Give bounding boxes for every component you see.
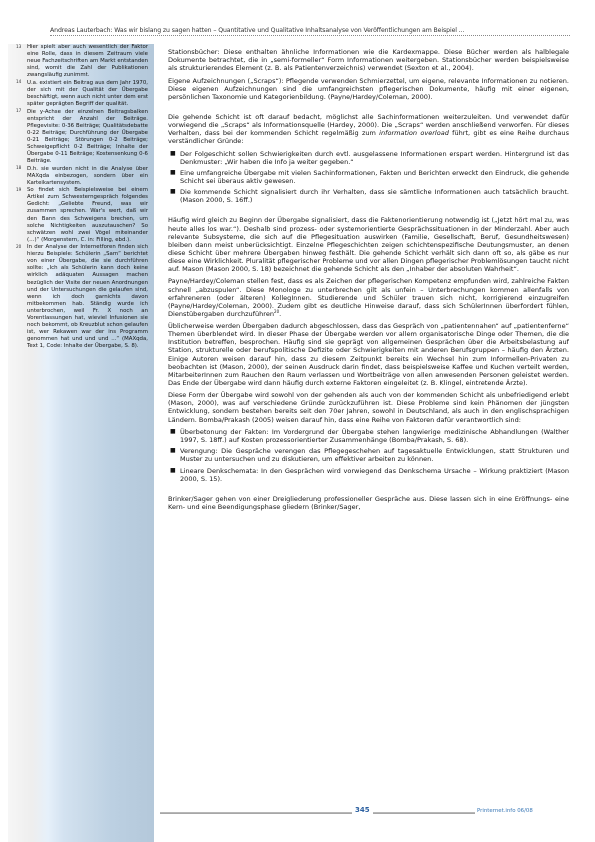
paragraph-gehende-schicht: Die gehende Schicht ist oft darauf bedac… [168, 113, 569, 145]
footnotes-sidebar: 13 Hier spielt aber auch wesentlich der … [16, 44, 148, 351]
footnote-text: Hier spielt aber auch wesentlich der Fak… [27, 44, 148, 78]
list-item: ■Eine umfangreiche Übergabe mit vielen S… [168, 169, 569, 185]
footnote: 13 Hier spielt aber auch wesentlich der … [16, 44, 148, 79]
footnote: 18 D.h. sie wurden nicht in die Analyse … [16, 166, 148, 187]
footnote-text: U.a. existiert ein Beitrag aus dem Jahr … [27, 80, 148, 107]
bullet-icon: ■ [170, 428, 176, 436]
bullet-icon: ■ [170, 188, 176, 196]
bullet-icon: ■ [170, 150, 176, 158]
footnote: 17 Die y-Achse der einzelnen Beitragsbal… [16, 109, 148, 165]
footnote-text: In der Analyse der Internetforen finden … [27, 244, 148, 349]
paragraph-stationsbuecher: Stationsbücher: Diese enthalten ähnliche… [168, 48, 569, 72]
factors-list: ■Überbetonung der Fakten: Im Vordergrund… [168, 428, 569, 483]
footnote-number: 17 [16, 107, 21, 114]
paragraph-abschluss: Üblicherweise werden Übergaben dadurch a… [168, 322, 569, 387]
page-number: 345 [352, 806, 373, 814]
paragraph-payne-hardey: Payne/Hardey/Coleman stellen fest, dass … [168, 277, 569, 317]
journal-name: Printernet.info 06/08 [475, 808, 535, 814]
main-body-text: Stationsbücher: Diese enthalten ähnliche… [168, 48, 569, 515]
footnote: 14 U.a. existiert ein Beitrag aus dem Ja… [16, 80, 148, 108]
footnote: 19 So findet sich Beispielsweise bei ein… [16, 187, 148, 243]
paragraph-brinker-sager: Brinker/Sager gehen von einer Dreigliede… [168, 495, 569, 511]
footnote-text: Die y-Achse der einzelnen Beitragsbalken… [27, 109, 148, 164]
footnote-text: D.h. sie wurden nicht in die Analyse übe… [27, 166, 148, 186]
footnote: 20 In der Analyse der Internetforen find… [16, 244, 148, 350]
paragraph-unbefriedigend: Diese Form der Übergabe wird sowohl von … [168, 391, 569, 423]
footnote-text: So findet sich Beispielsweise bei einem … [27, 187, 148, 242]
reasons-list: ■Der Folgeschicht sollen Schwierigkeiten… [168, 150, 569, 205]
list-item: ■Die kommende Schicht signalisiert durch… [168, 188, 569, 204]
bullet-icon: ■ [170, 169, 176, 177]
running-header: Andreas Lauterbach: Was wir bislang zu s… [50, 27, 570, 36]
footnote-number: 20 [16, 243, 21, 250]
bullet-icon: ■ [170, 447, 176, 455]
footnote-number: 14 [16, 78, 21, 85]
bullet-icon: ■ [170, 467, 176, 475]
footnote-number: 13 [16, 43, 21, 50]
footer-divider [160, 812, 490, 814]
paragraph-faktenorientierung: Häufig wird gleich zu Beginn der Übergab… [168, 216, 569, 273]
list-item: ■Verengung: Die Gespräche verengen das P… [168, 447, 569, 463]
list-item: ■Lineare Denkschemata: In den Gesprächen… [168, 467, 569, 483]
footnote-number: 18 [16, 164, 21, 171]
list-item: ■Der Folgeschicht sollen Schwierigkeiten… [168, 150, 569, 166]
footnote-number: 19 [16, 186, 21, 193]
paragraph-scraps: Eigene Aufzeichnungen („Scraps“): Pflege… [168, 77, 569, 101]
list-item: ■Überbetonung der Fakten: Im Vordergrund… [168, 428, 569, 444]
